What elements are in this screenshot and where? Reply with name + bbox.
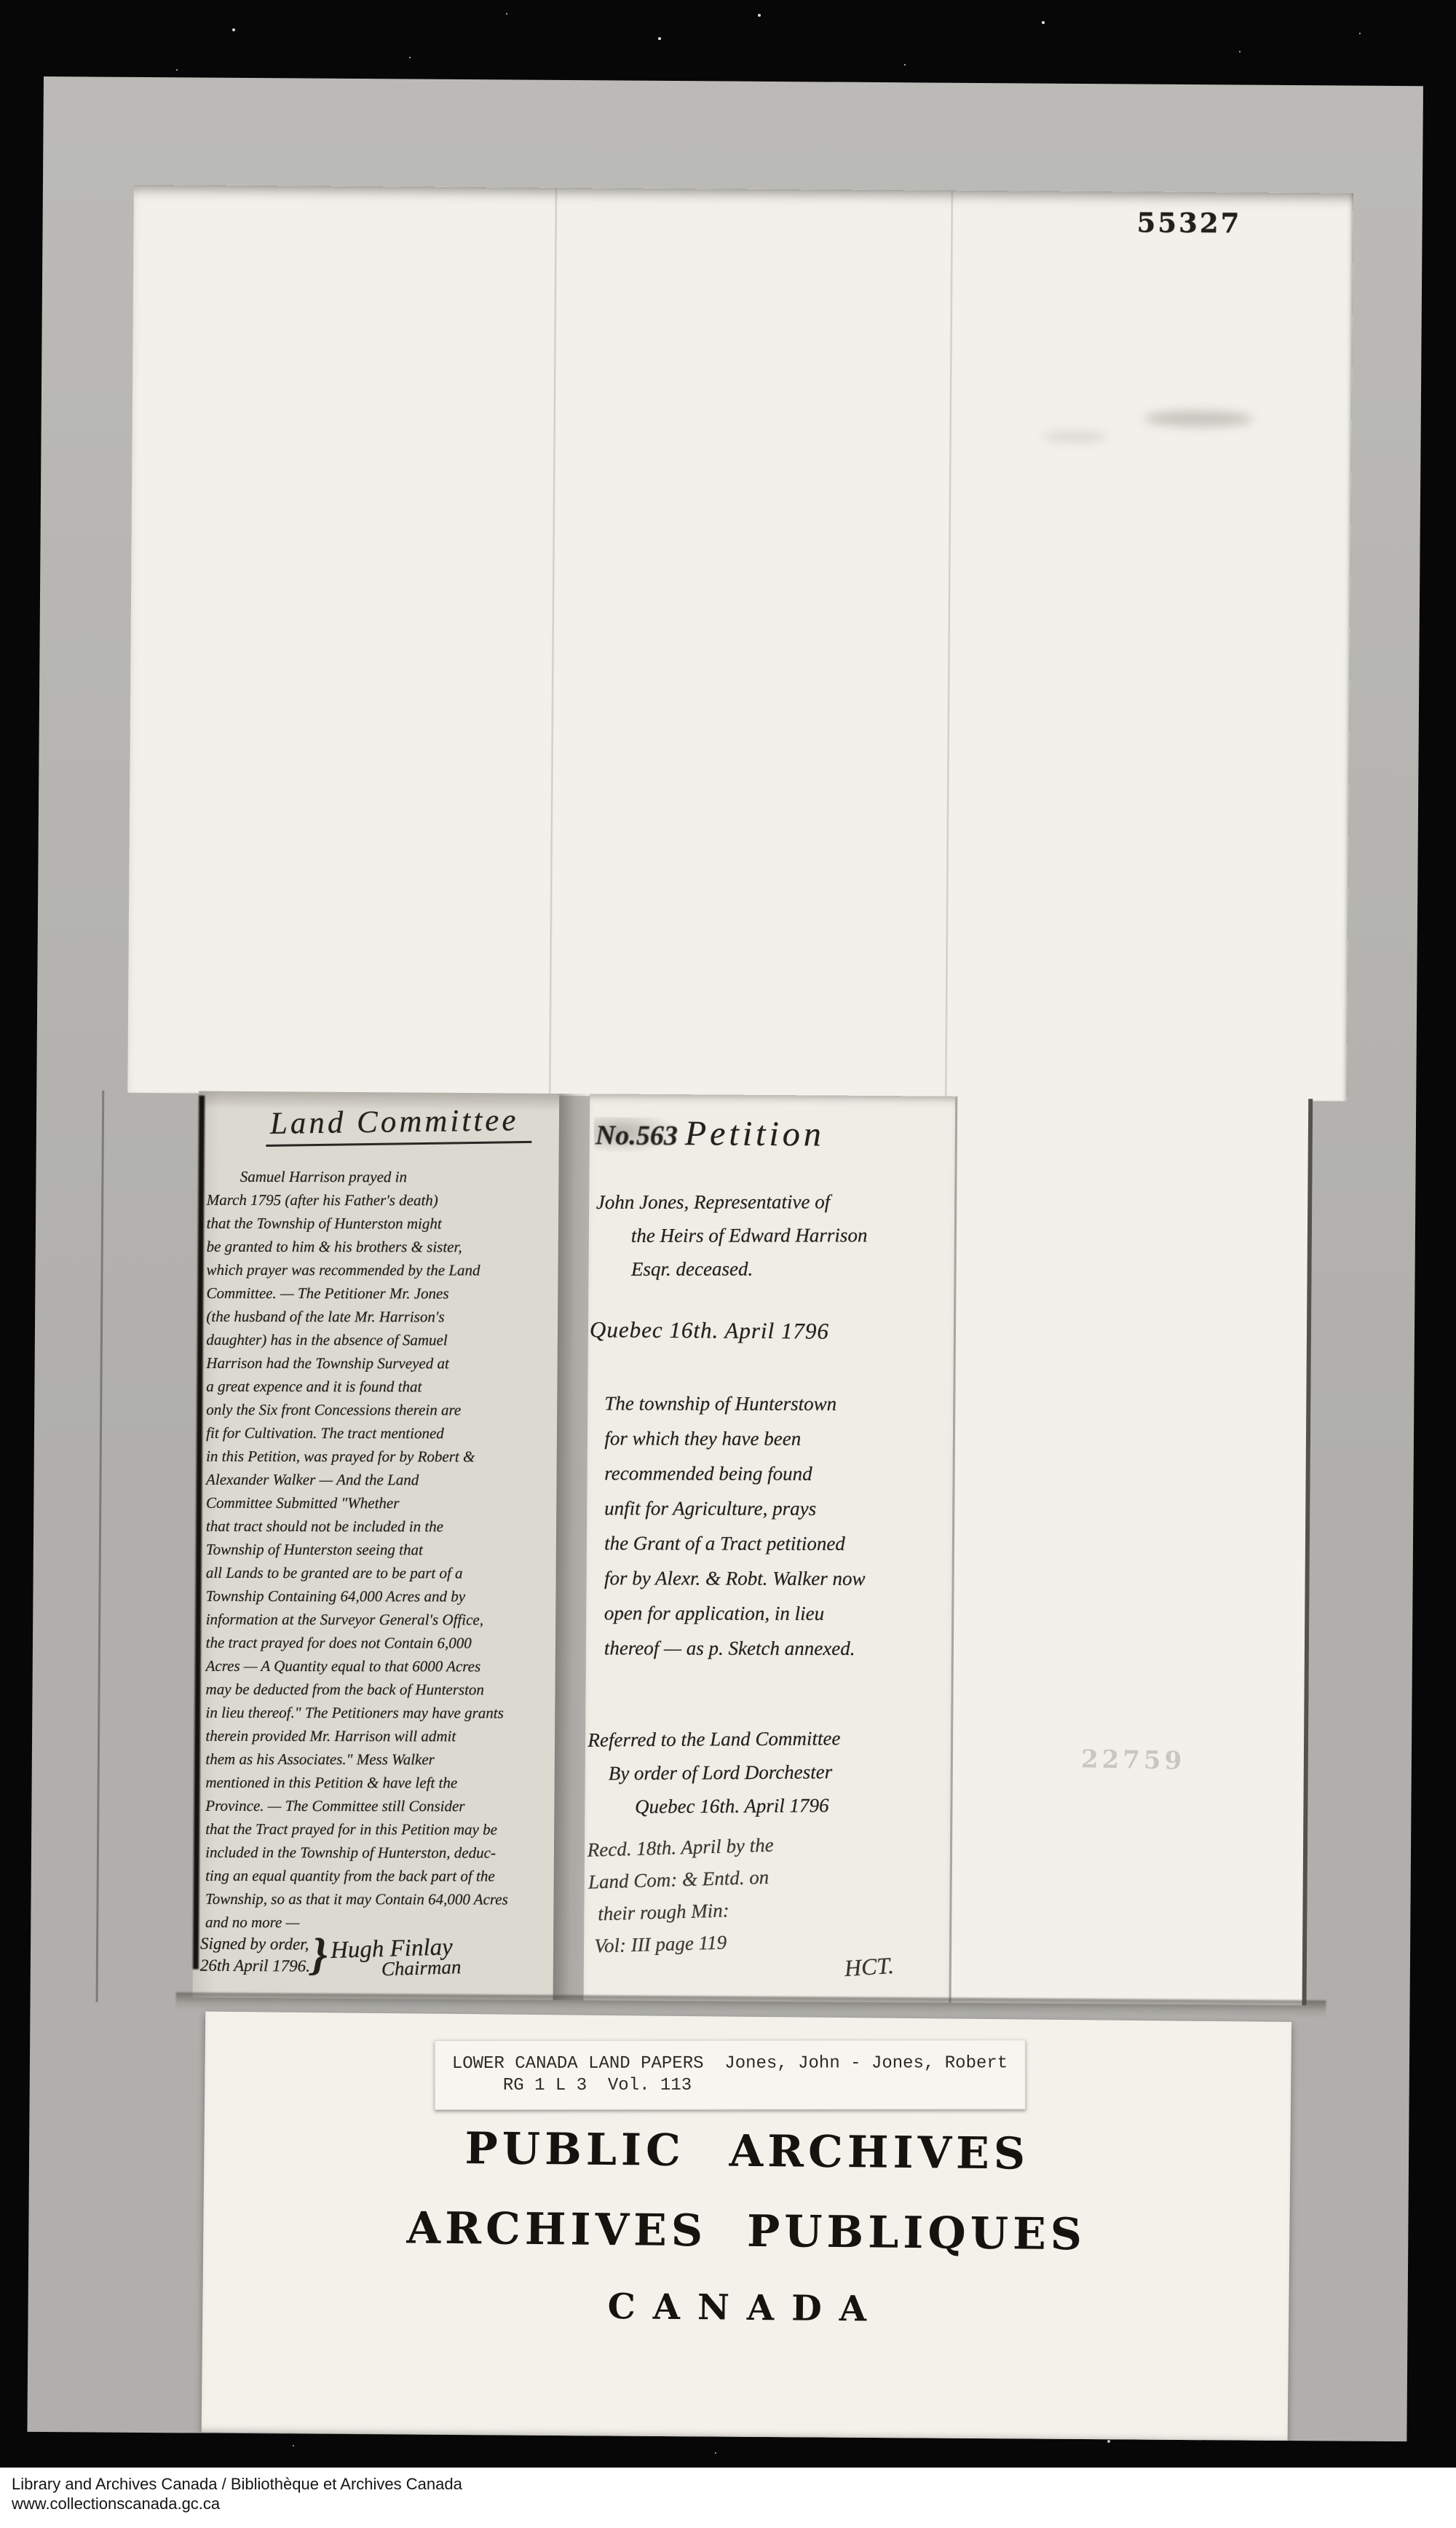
manuscript-line: the Heirs of Edward Harrison bbox=[631, 1218, 868, 1252]
page-number-stamp: 55327 bbox=[1136, 206, 1241, 239]
manuscript-line: their rough Min: bbox=[598, 1893, 776, 1930]
place-date-line: Quebec 16th. April 1796 bbox=[590, 1316, 829, 1344]
scanned-document-page: 55327 Land Committee Samuel Harrison pra… bbox=[0, 0, 1456, 2528]
blank-top-sheet: 55327 bbox=[127, 185, 1353, 1102]
fold-line bbox=[944, 191, 954, 1099]
manuscript-line: Esqr. deceased. bbox=[631, 1252, 868, 1286]
manuscript-line: that the Tract prayed for in this Petiti… bbox=[205, 1817, 549, 1841]
petitioner-block: John Jones, Representative ofthe Heirs o… bbox=[596, 1185, 868, 1286]
manuscript-line: that the Township of Hunterston might bbox=[207, 1212, 550, 1236]
manuscript-line: all Lands to be granted are to be part o… bbox=[206, 1561, 550, 1585]
manuscript-line: Samuel Harrison prayed in bbox=[207, 1165, 550, 1189]
clerk-initials: HCT. bbox=[844, 1952, 895, 1982]
land-committee-page: Land Committee Samuel Harrison prayed in… bbox=[193, 1091, 560, 2000]
archives-publiques-text: ARCHIVES PUBLIQUES bbox=[203, 2201, 1290, 2262]
paper-crease bbox=[96, 1091, 105, 2002]
lac-url: www.collectionscanada.gc.ca bbox=[12, 2494, 1456, 2513]
manuscript-line: that tract should not be included in the bbox=[206, 1514, 550, 1538]
manuscript-line: only the Six front Concessions therein a… bbox=[206, 1398, 550, 1422]
manuscript-line: and no more — bbox=[205, 1911, 549, 1935]
ink-smudge bbox=[1042, 432, 1108, 443]
manuscript-line: information at the Surveyor General's Of… bbox=[206, 1608, 550, 1632]
manuscript-line: (the husband of the late Mr. Harrison's bbox=[206, 1305, 550, 1329]
signature-block: Signed by order, 26th April 1796. } Hugh… bbox=[200, 1933, 462, 1982]
brace-glyph: } bbox=[312, 1929, 328, 1981]
land-committee-heading: Land Committee bbox=[266, 1102, 532, 1147]
manuscript-line: Committee Submitted "Whether bbox=[206, 1491, 550, 1515]
canada-text: CANADA bbox=[202, 2283, 1289, 2334]
manuscript-line: Harrison had the Township Surveyed at bbox=[206, 1351, 550, 1375]
lac-name-line: Library and Archives Canada / Bibliothèq… bbox=[12, 2474, 1456, 2494]
manuscript-line: Land Com: & Entd. on bbox=[587, 1861, 775, 1898]
manuscript-line: Township of Hunterston seeing that bbox=[206, 1538, 550, 1562]
manuscript-line: Township, so as that it may Contain 64,0… bbox=[205, 1887, 549, 1911]
signature-name-block: Hugh Finlay Chairman bbox=[330, 1934, 461, 1980]
manuscript-line: Acres — A Quantity equal to that 6000 Ac… bbox=[206, 1654, 550, 1678]
manuscript-line: for by Alexr. & Robt. Walker now bbox=[604, 1560, 866, 1596]
manuscript-line: thereof — as p. Sketch annexed. bbox=[604, 1630, 866, 1666]
petition-heading-row: No.563 Petition bbox=[594, 1113, 825, 1154]
manuscript-line: mentioned in this Petition & have left t… bbox=[205, 1771, 549, 1795]
chairman-title: Chairman bbox=[381, 1956, 461, 1980]
reference-number-line: RG 1 L 3 Vol. 113 bbox=[503, 2074, 1026, 2097]
manuscript-line: Recd. 18th. April by the bbox=[587, 1829, 774, 1866]
manuscript-line: open for application, in lieu bbox=[604, 1595, 866, 1631]
manuscript-line: John Jones, Representative of bbox=[596, 1185, 868, 1219]
bleed-through-number: 22759 bbox=[1081, 1745, 1186, 1775]
manuscript-line: March 1795 (after his Father's death) bbox=[207, 1188, 550, 1212]
petition-body: The township of Hunterstownfor which the… bbox=[604, 1386, 866, 1666]
received-note-block: Recd. 18th. April by theLand Com: & Entd… bbox=[587, 1829, 777, 1962]
manuscript-line: the tract prayed for does not Contain 6,… bbox=[206, 1631, 550, 1655]
fonds-title-line: LOWER CANADA LAND PAPERS Jones, John - J… bbox=[452, 2053, 1026, 2075]
manuscript-line: Alexander Walker — And the Land bbox=[206, 1468, 550, 1492]
lac-footer: Library and Archives Canada / Bibliothèq… bbox=[0, 2468, 1456, 2528]
manuscript-line: recommended being found bbox=[604, 1455, 866, 1491]
blank-right-page: 22759 bbox=[949, 1097, 1313, 2005]
signature-order: Signed by order, 26th April 1796. bbox=[200, 1933, 310, 1978]
petition-heading: Petition bbox=[685, 1114, 825, 1153]
signature-date-line: 26th April 1796. bbox=[200, 1955, 310, 1978]
public-archives-text: PUBLIC ARCHIVES bbox=[204, 2121, 1291, 2182]
photostat-card: 55327 Land Committee Samuel Harrison pra… bbox=[27, 76, 1423, 2441]
ink-smudge bbox=[1144, 411, 1254, 427]
manuscript-line: daughter) has in the absence of Samuel bbox=[206, 1328, 550, 1352]
manuscript-line: in this Petition, was prayed for by Robe… bbox=[206, 1445, 550, 1469]
manuscript-line: Township Containing 64,000 Acres and by bbox=[206, 1584, 550, 1608]
typed-reference-label: LOWER CANADA LAND PAPERS Jones, John - J… bbox=[435, 2039, 1026, 2110]
manuscript-line: a great expence and it is found that bbox=[206, 1375, 550, 1399]
manuscript-line: Referred to the Land Committee bbox=[587, 1721, 840, 1756]
manuscript-line: unfit for Agriculture, prays bbox=[604, 1490, 866, 1526]
petition-docket-page: No.563 Petition John Jones, Representati… bbox=[584, 1094, 956, 2002]
land-committee-text: Samuel Harrison prayed inMarch 1795 (aft… bbox=[205, 1165, 550, 1935]
manuscript-line: The township of Hunterstown bbox=[604, 1386, 866, 1421]
manuscript-line: Vol: III page 119 bbox=[594, 1925, 777, 1962]
manuscript-line: in lieu thereof." The Petitioners may ha… bbox=[205, 1701, 549, 1725]
manuscript-line: Committee. — The Petitioner Mr. Jones bbox=[206, 1281, 550, 1306]
petition-number: No.563 bbox=[594, 1117, 679, 1154]
fold-line bbox=[548, 188, 558, 1096]
manuscript-line: included in the Township of Hunterston, … bbox=[205, 1841, 549, 1865]
manuscript-line: therein provided Mr. Harrison will admit bbox=[205, 1724, 549, 1748]
manuscript-line: them as his Associates." Mess Walker bbox=[205, 1747, 549, 1771]
manuscript-line: ting an equal quantity from the back par… bbox=[205, 1864, 549, 1888]
manuscript-line: Quebec 16th. April 1796 bbox=[635, 1788, 841, 1823]
manuscript-line: for which they have been bbox=[604, 1421, 866, 1456]
manuscript-line: Province. — The Committee still Consider bbox=[205, 1794, 549, 1818]
manuscript-line: which prayer was recommended by the Land bbox=[207, 1258, 550, 1282]
manuscript-line: fit for Cultivation. The tract mentioned bbox=[206, 1421, 550, 1445]
manuscript-line: By order of Lord Dorchester bbox=[609, 1755, 841, 1790]
manuscript-line: the Grant of a Tract petitioned bbox=[604, 1525, 866, 1561]
referral-block: Referred to the Land CommitteeBy order o… bbox=[587, 1721, 841, 1823]
signed-by-order-line: Signed by order, bbox=[200, 1933, 310, 1956]
manuscript-line: be granted to him & his brothers & siste… bbox=[207, 1235, 550, 1259]
manuscript-line: may be deducted from the back of Hunters… bbox=[206, 1678, 550, 1702]
